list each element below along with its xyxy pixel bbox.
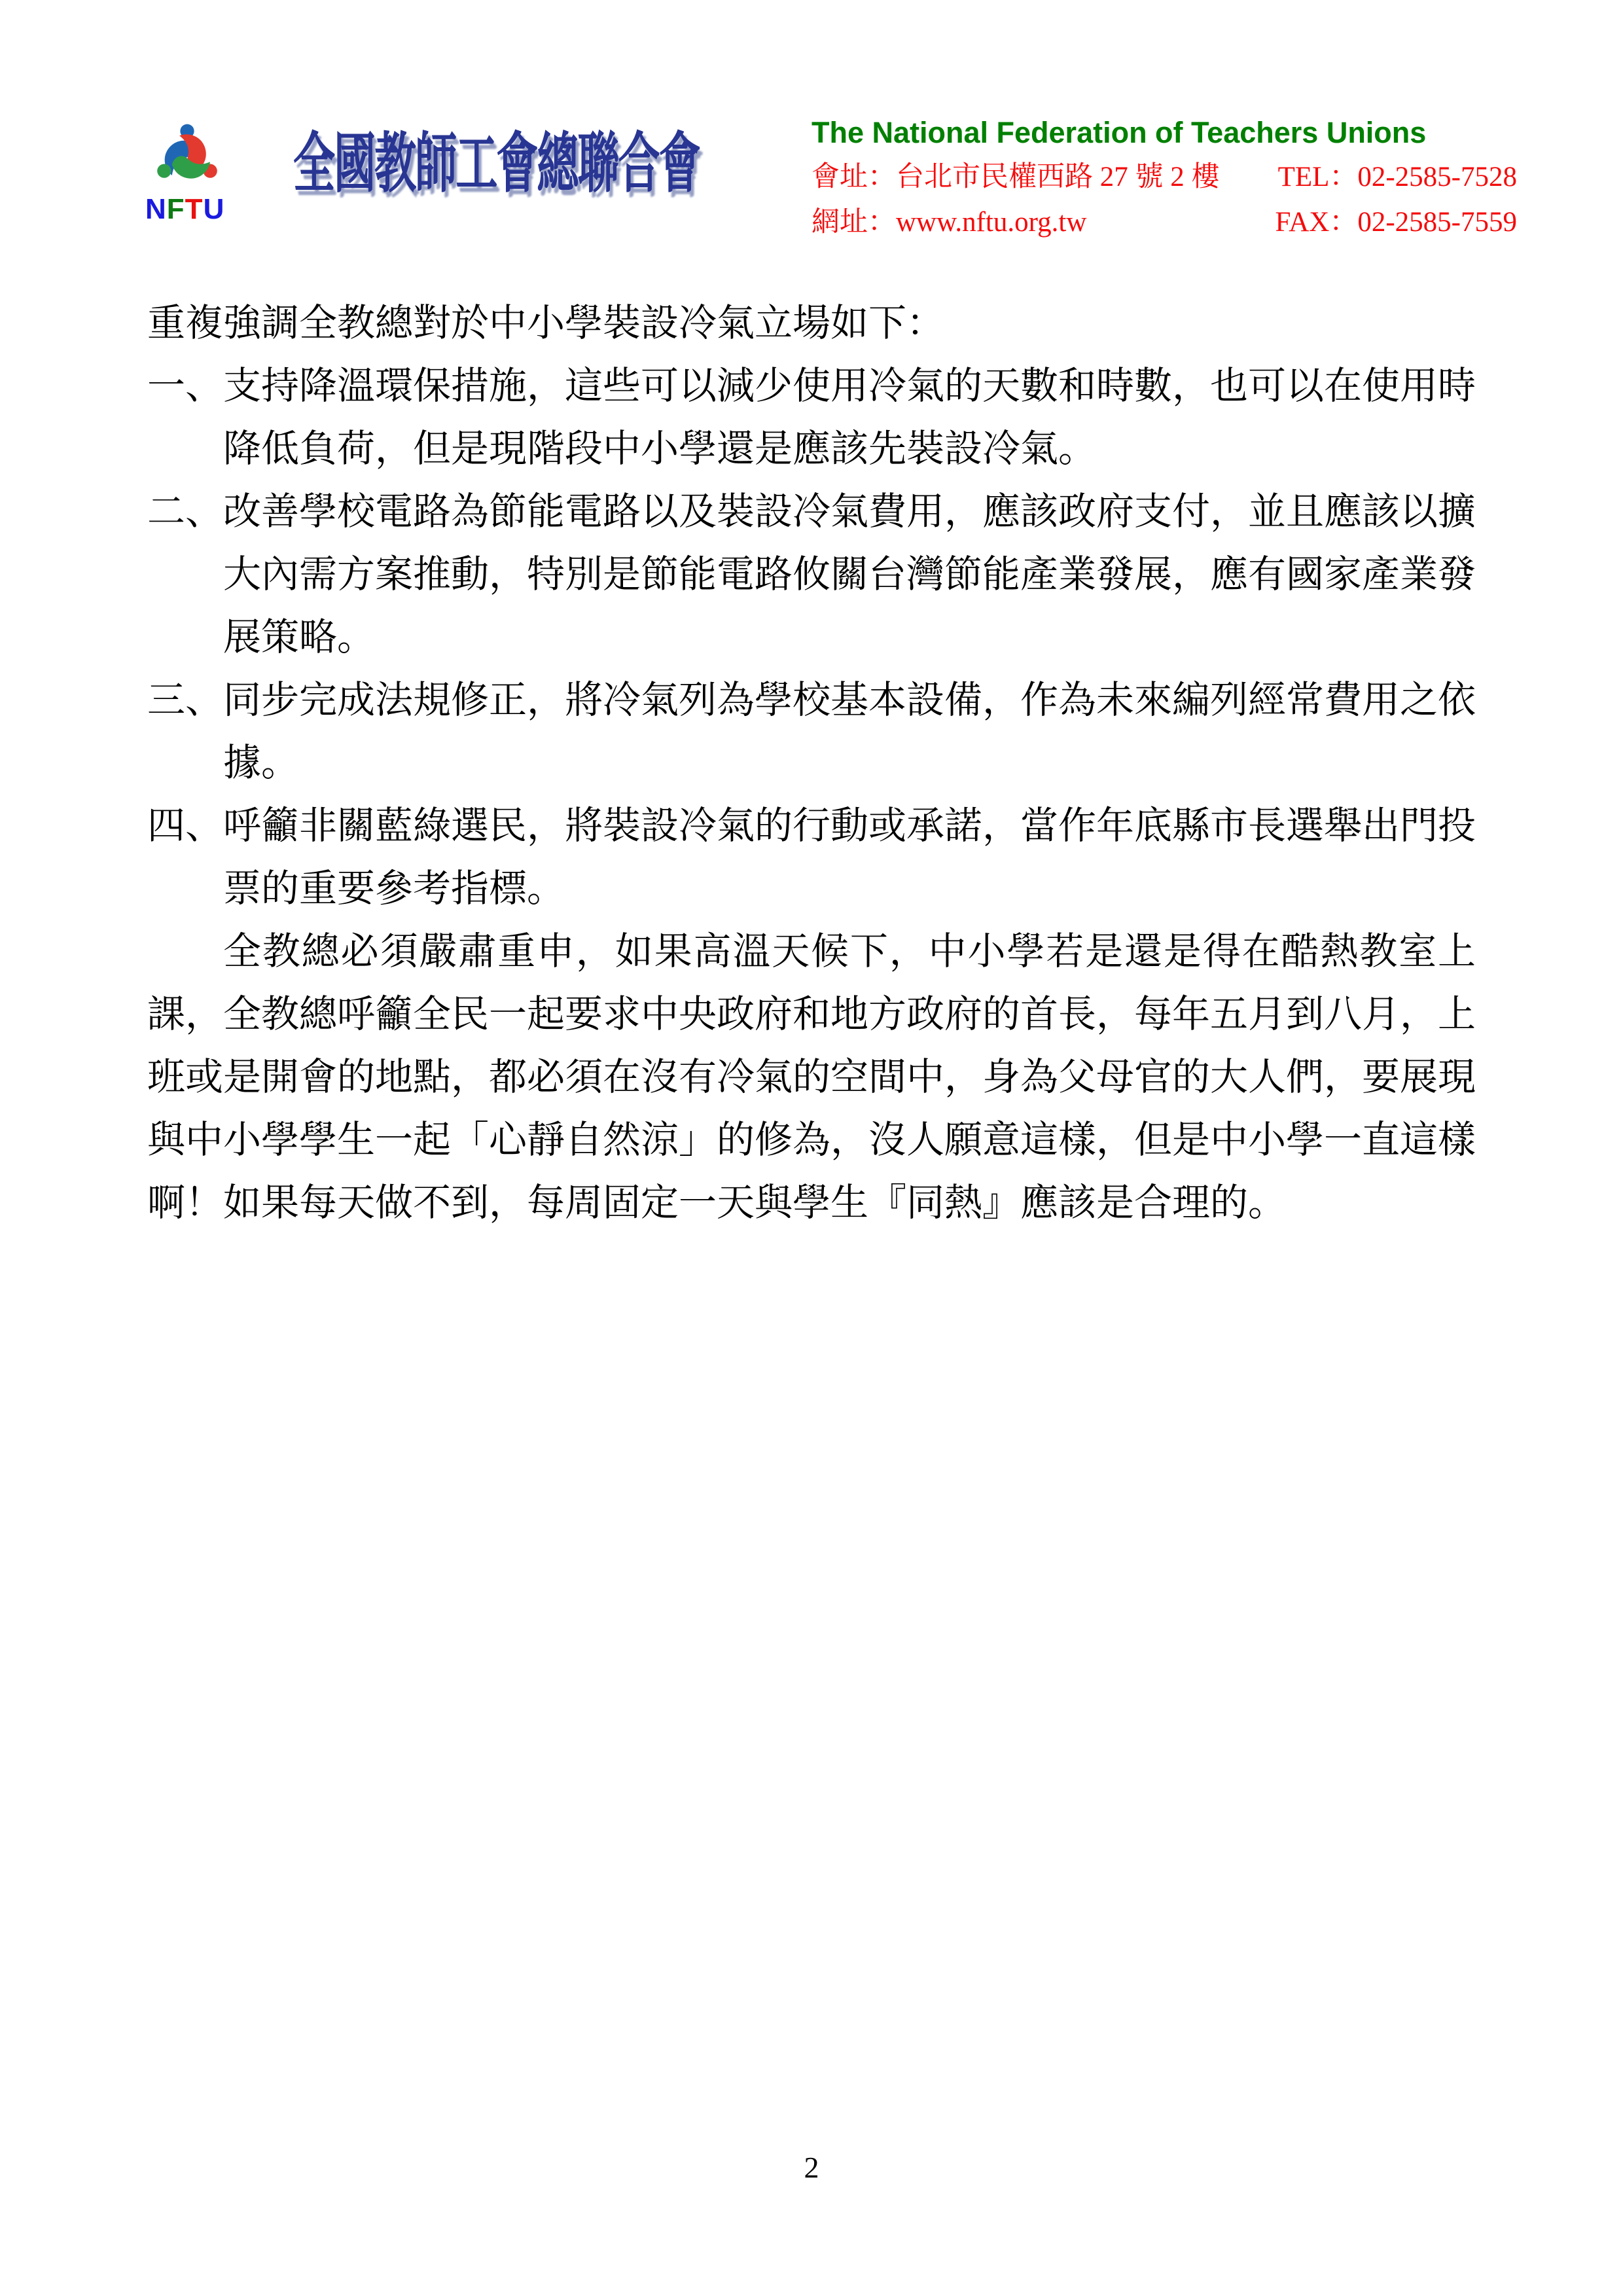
body-text: 重複強調全教總對於中小學裝設冷氣立場如下：一、支持降溫環保措施，這些可以減少使用…: [147, 292, 1476, 1234]
contact-address: 會址：台北市民權西路 27 號 2 樓: [811, 160, 1220, 195]
text-line: 票的重要參考指標。: [147, 857, 1476, 920]
contact-tel: TEL：02-2585-7528: [1278, 160, 1517, 195]
text-line: 大內需方案推動，特別是節能電路攸關台灣節能產業發展，應有國家產業發: [147, 543, 1476, 606]
contact-website: 網址：www.nftu.org.tw: [811, 205, 1086, 240]
text-line: 展策略。: [147, 606, 1476, 669]
nftu-letter: U: [204, 193, 225, 225]
contact-row-2: 網址：www.nftu.org.tw FAX：02-2585-7559: [811, 205, 1517, 240]
nftu-logo: NFTU: [145, 117, 243, 224]
text-line: 班或是開會的地點，都必須在沒有冷氣的空間中，身為父母官的大人們，要展現: [147, 1046, 1476, 1109]
text-line: 全教總必須嚴肅重申，如果高溫天候下，中小學若是還是得在酷熱教室上: [147, 920, 1476, 983]
text-line: 與中小學學生一起「心靜自然涼」的修為，沒人願意這樣，但是中小學一直這樣: [147, 1109, 1476, 1172]
text-line: 降低負荷，但是現階段中小學還是應該先裝設冷氣。: [147, 418, 1476, 480]
text-line: 一、支持降溫環保措施，這些可以減少使用冷氣的天數和時數，也可以在使用時: [147, 355, 1476, 418]
header-contact-block: The National Federation of Teachers Unio…: [811, 117, 1517, 240]
contact-row-1: 會址：台北市民權西路 27 號 2 樓 TEL：02-2585-7528: [811, 160, 1517, 195]
nftu-wordmark: NFTU: [145, 195, 243, 224]
nftu-letter: T: [185, 193, 204, 225]
text-line: 啊！如果每天做不到，每周固定一天與學生『同熱』應該是合理的。: [147, 1172, 1476, 1234]
text-line: 重複強調全教總對於中小學裝設冷氣立場如下：: [147, 292, 1476, 355]
nftu-triskelion-icon: [149, 117, 225, 194]
nftu-letter: N: [145, 193, 167, 225]
page-number: 2: [0, 2149, 1623, 2185]
nftu-letter: F: [167, 193, 185, 225]
org-name-english: The National Federation of Teachers Unio…: [811, 117, 1517, 149]
text-line: 三、同步完成法規修正，將冷氣列為學校基本設備，作為未來編列經常費用之依: [147, 669, 1476, 732]
text-line: 據。: [147, 732, 1476, 795]
text-line: 四、呼籲非關藍綠選民，將裝設冷氣的行動或承諾，當作年底縣市長選舉出門投: [147, 795, 1476, 857]
org-name-calligraphy: 全國教師工會總聯合會: [293, 115, 700, 213]
contact-fax: FAX：02-2585-7559: [1275, 205, 1517, 240]
text-line: 課，全教總呼籲全民一起要求中央政府和地方政府的首長，每年五月到八月，上: [147, 983, 1476, 1046]
text-line: 二、改善學校電路為節能電路以及裝設冷氣費用，應該政府支付，並且應該以擴: [147, 480, 1476, 543]
document-page: NFTU 全國教師工會總聯合會 The National Federation …: [0, 0, 1623, 2296]
